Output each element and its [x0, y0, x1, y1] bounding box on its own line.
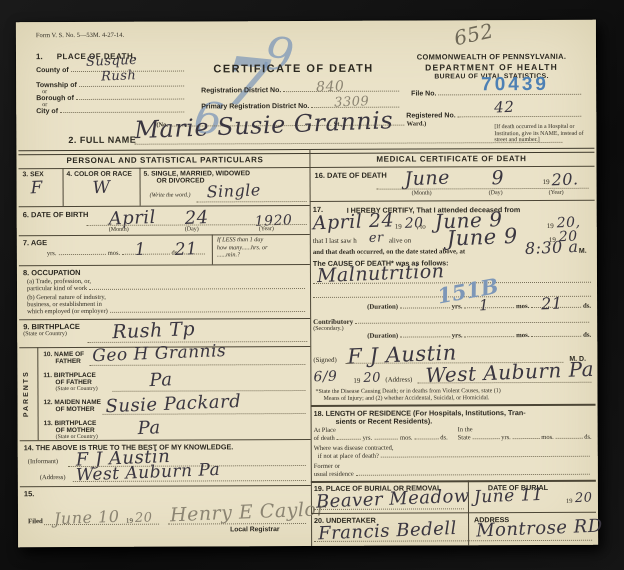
county-value: Susque [86, 53, 138, 70]
hospital-note: [If death occurred in a Hospital or Inst… [494, 124, 586, 144]
signed-year-pre: 19 [353, 377, 360, 385]
footnote-rule [311, 404, 596, 407]
dur-yrs-label-1: yrs. [452, 303, 463, 310]
row345-rule [19, 205, 310, 207]
burial-year-pre: 19 [566, 498, 573, 505]
registration-district-label: Registration District No. [201, 87, 281, 94]
duration-value-ds: 21 [541, 294, 563, 314]
department-line: DEPARTMENT OF HEALTH [399, 62, 584, 73]
father-bp-hint: (State or Country) [55, 386, 97, 392]
dod-day-hint: (Day) [489, 190, 503, 196]
dur-ds-label-1: ds. [583, 303, 591, 310]
dod-rule [310, 200, 595, 202]
county-label: County of [36, 67, 69, 74]
parents-rule [20, 439, 311, 441]
file-no-stamp: 70439 [481, 74, 549, 96]
duration-label-1: (Duration) [367, 304, 398, 311]
dod-year-value: 20. [551, 169, 579, 189]
parents-vertical-label: PARENTS [23, 359, 30, 429]
dod-label: 16. DATE OF DEATH [315, 171, 387, 180]
dod-day-value: 9 [491, 167, 504, 189]
birthplace-hint: (State or Country) [23, 331, 67, 337]
age-rule [19, 264, 310, 266]
last-saw-mid: alive on [389, 237, 411, 245]
dob-month-hint: (Month) [109, 227, 129, 233]
of-death-label: of death [314, 435, 335, 442]
parents-bracket-line [37, 347, 38, 440]
usual-label: usual residence [314, 471, 354, 478]
death-time-value: 8:30 a [524, 237, 578, 258]
filed-label: Filed [28, 518, 43, 525]
age-less-note: If LESS than 1 day how many......hrs. or… [217, 236, 309, 259]
father-bp-value: Pa [149, 369, 173, 391]
res-ds-1: ds. [440, 434, 447, 441]
sex-value: F [30, 178, 43, 198]
occupation-a2-row: particular kind of work [27, 284, 307, 292]
race-value: W [92, 178, 111, 199]
mother-name-underline [103, 413, 306, 415]
marital-hint: (Write the word.) [150, 193, 191, 199]
in-state-row: State yrs. mos. ds. [458, 434, 592, 442]
contributory-label: Contributory [313, 318, 353, 326]
father-name-underline [89, 364, 305, 366]
registrar-underline [168, 523, 306, 525]
cause-footnote-1: *State the Disease Causing Death; or in … [315, 388, 500, 395]
secondary-label: (Secondary.) [313, 326, 343, 332]
res-yrs-1: yrs. [363, 435, 373, 442]
township-value: Rush [101, 68, 137, 84]
signed-address-label: (Address) [385, 377, 412, 384]
from-year-pre: 19 [395, 223, 402, 231]
ward-label: Ward.) [407, 120, 427, 127]
duration-row-2: (Duration) yrs. mos. ds. [367, 332, 591, 340]
residence-heading-2: sients or Recent Residents). [336, 416, 433, 425]
file-no-label: File No. [411, 90, 436, 97]
form-number: Form V. S. No. 5—53M. 4-27-14. [36, 32, 124, 39]
scan-background: Form V. S. No. 5—53M. 4-27-14. 652 6 7 9… [0, 0, 624, 570]
at-place-row: of death yrs. mos. ds. [314, 434, 448, 442]
contributory-row: Contributory [313, 317, 591, 326]
registration-district-value: 840 [316, 78, 345, 95]
last-saw-pre: that I last saw h [313, 237, 357, 245]
last-saw-date: June 9 [446, 224, 518, 251]
item1-number: 1. [36, 52, 43, 61]
age-note-divider [212, 234, 213, 264]
mother-bp-value: Pa [137, 417, 161, 439]
contracted-label-2: if not at place of death? [318, 453, 379, 460]
dur-mos-label-2: mos. [516, 332, 529, 339]
res-mos-1: mos. [400, 435, 412, 442]
residence-rule [311, 480, 596, 483]
township-label: Township of [36, 82, 77, 89]
medical-heading: MEDICAL CERTIFICATE OF DEATH [311, 154, 591, 164]
borough-label: Borough of [36, 95, 74, 102]
certificate-title: CERTIFICATE OF DEATH [201, 63, 386, 76]
duration-label-2: (Duration) [367, 333, 398, 340]
age-mos-value: 1 [134, 240, 146, 260]
former-label: Former or [314, 463, 340, 470]
full-name-label: 2. FULL NAME [68, 135, 136, 145]
informant-address-label: (Address) [40, 474, 66, 481]
last-saw-pronoun: er [369, 230, 384, 246]
dob-year-hint: (Year) [259, 226, 274, 232]
res-mos-2: mos. [541, 434, 553, 441]
dob-label: 6. DATE OF BIRTH [23, 210, 89, 219]
death-occurred-text: and that death occurred, on the date sta… [313, 248, 465, 256]
age-yrs-label: yrs. [47, 250, 57, 257]
age-mos-label: mos. [108, 250, 120, 257]
dur-ds-label-2: ds. [583, 332, 591, 339]
registration-district-row: Registration District No. [201, 87, 401, 95]
res-yrs-2: yrs. [501, 434, 511, 441]
cause-footnote-2: Means of Injury; and (2) whether Acciden… [323, 395, 489, 402]
occupation-label: 8. OCCUPATION [23, 268, 81, 277]
less-note-2: how many......hrs. or [217, 244, 268, 251]
dur-mos-label-1: mos. [516, 303, 529, 310]
commonwealth-line: COMMONWEALTH OF PENNSYLVANIA. [399, 52, 584, 62]
in-the-label: In the [458, 426, 473, 433]
contracted-row: if not at place of death? [318, 452, 592, 460]
signed-year-value: 20 [363, 370, 381, 386]
death-time-m-label: M. [579, 248, 587, 255]
dod-year-pre: 19 [543, 178, 550, 186]
item15-number: 15. [24, 489, 34, 498]
informant-address-underline [73, 480, 306, 482]
age-ds-value: 21 [174, 239, 197, 260]
dod-year-hint: (Year) [549, 190, 564, 196]
father-name-label2: FATHER [55, 358, 81, 365]
race-cell-divider [139, 168, 140, 206]
to-label: , to [417, 222, 426, 230]
informant-label: (Informant) [28, 458, 58, 465]
dod-month-hint: (Month) [412, 190, 432, 196]
occupation-a2: particular kind of work [27, 285, 87, 292]
burial-year-value: 20 [575, 490, 593, 506]
registered-no-value: 42 [494, 98, 515, 117]
mother-name-label2: OF MOTHER [56, 406, 95, 413]
medical-heading-rule [309, 166, 594, 168]
marital-label-2: OR DIVORCED [157, 177, 205, 184]
undertaker-address-value: Montrose RD [476, 516, 603, 542]
to-year-pre: 19 [547, 222, 554, 230]
pencil-code-652: 652 [452, 18, 496, 50]
marital-underline [197, 201, 307, 202]
local-registrar-label: Local Registrar [230, 526, 280, 533]
birthplace-value: Rush Tp [112, 318, 196, 343]
res-ds-2: ds. [584, 434, 591, 441]
dod-month-value: June [404, 167, 450, 191]
occupation-b3: which employed (or employer) [27, 308, 108, 315]
signed-date-value: 6/9 [313, 368, 338, 385]
age-label: 7. AGE [23, 238, 47, 247]
contracted-label-1: Where was disease contracted, [314, 445, 394, 452]
father-name-value: Geo H Grannis [92, 341, 227, 366]
signed-label: (Signed) [313, 357, 336, 364]
state-label: State [458, 434, 471, 441]
burial-date-value: June 11 [474, 485, 544, 508]
sex-cell-divider [62, 168, 63, 206]
duration-value-mos: 1 [479, 296, 490, 314]
registered-no-label: Registered No. [406, 112, 455, 119]
less-note-3: ......min.? [217, 251, 240, 258]
dob-day-hint: (Day) [185, 226, 199, 232]
informant-rule [20, 485, 311, 487]
birthplace-label: 9. BIRTHPLACE [23, 322, 80, 331]
marital-value: Single [206, 180, 261, 201]
at-place-label: At Place [314, 427, 336, 434]
death-certificate-sheet: Form V. S. No. 5—53M. 4-27-14. 652 6 7 9… [16, 20, 598, 548]
dur-yrs-label-2: yrs. [452, 332, 463, 339]
occupation-b3-row: which employed (or employer) [27, 307, 307, 315]
personal-heading: PERSONAL AND STATISTICAL PARTICULARS [20, 155, 309, 165]
usual-residence-row: usual residence [314, 470, 592, 478]
burial-rule [311, 512, 596, 514]
city-label: City of [36, 108, 58, 115]
undertaker-underline [314, 540, 592, 542]
less-note-1: If LESS than 1 day [217, 236, 263, 243]
